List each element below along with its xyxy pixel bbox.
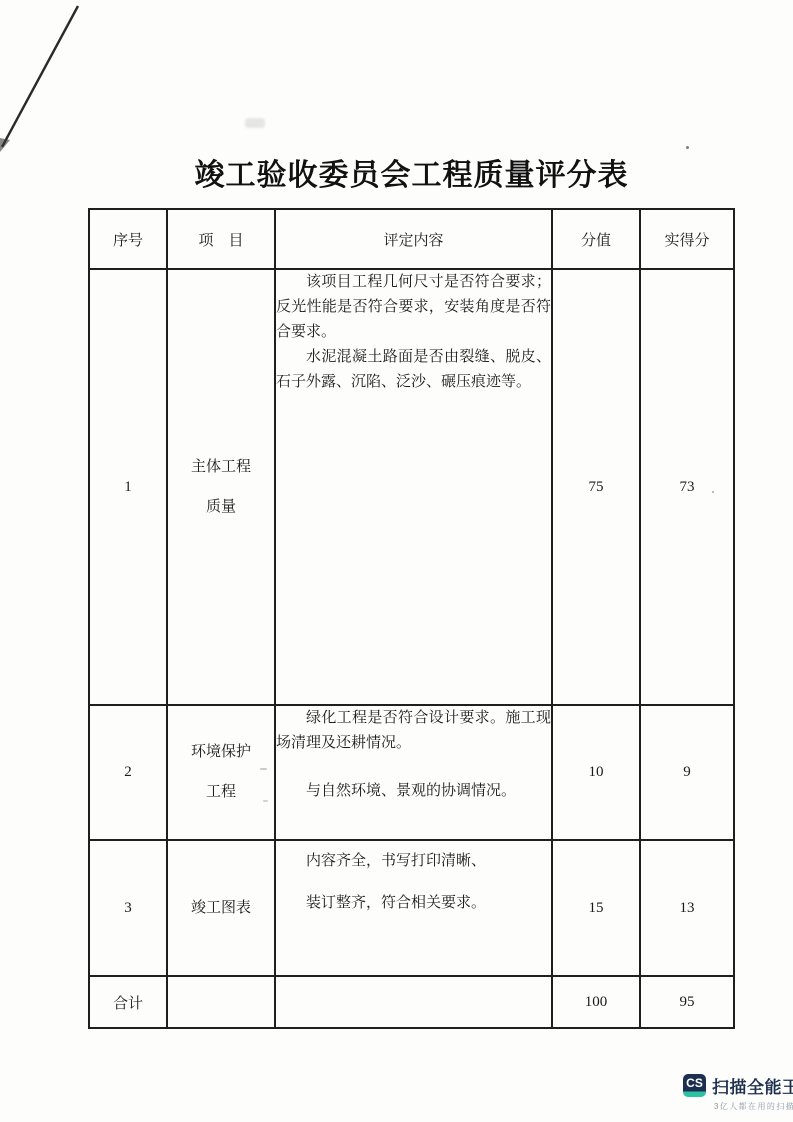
content-paragraph: 与自然环境、景观的协调情况。 — [276, 779, 551, 804]
item-line: 主体工程 — [168, 455, 274, 480]
header-score-value: 分值 — [552, 209, 640, 269]
scan-artifact — [245, 118, 265, 128]
camscanner-watermark: CS 扫描全能王TM 3亿人都在用的扫描App — [683, 1073, 793, 1112]
document-body: 竣工验收委员会工程质量评分表 序号 项 目 评定内容 分值 实得分 1 主体工程… — [88, 150, 735, 1029]
content-paragraph: 绿化工程是否符合设计要求。施工现场清理及还耕情况。 — [276, 706, 551, 756]
cell-evaluation-content: 内容齐全，书写打印清晰、 装订整齐，符合相关要求。 — [275, 840, 552, 976]
item-line: 竣工图表 — [168, 896, 274, 921]
item-line: 环境保护 — [168, 740, 274, 765]
table-row-total: 合计 100 95 — [89, 976, 734, 1028]
cell-actual-score: 13 — [640, 840, 734, 976]
content-paragraph: 内容齐全，书写打印清晰、 — [276, 849, 551, 874]
content-paragraph: 该项目工程几何尺寸是否符合要求；反光性能是否符合要求，安装角度是否符合要求。 — [276, 270, 551, 345]
cell-total-actual-score: 95 — [640, 976, 734, 1028]
cell-score-value: 75 — [552, 269, 640, 705]
cell-score-value: 15 — [552, 840, 640, 976]
header-evaluation-content: 评定内容 — [275, 209, 552, 269]
item-line: 质量 — [168, 495, 274, 520]
app-name-text: 扫描全能王 — [712, 1078, 793, 1097]
table-row-environment: 2 环境保护 工程 绿化工程是否符合设计要求。施工现场清理及还耕情况。 与自然环… — [89, 705, 734, 840]
content-paragraph: 装订整齐，符合相关要求。 — [276, 891, 551, 916]
camscanner-logo-icon: CS — [683, 1074, 706, 1097]
scan-artifact — [686, 146, 689, 149]
scanned-page: 竣工验收委员会工程质量评分表 序号 项 目 评定内容 分值 实得分 1 主体工程… — [0, 0, 793, 1122]
cell-evaluation-content: 该项目工程几何尺寸是否符合要求；反光性能是否符合要求，安装角度是否符合要求。 水… — [275, 269, 552, 705]
camscanner-tagline: 3亿人都在用的扫描App — [714, 1101, 793, 1112]
cell-empty — [275, 976, 552, 1028]
table-row-main-works: 1 主体工程 质量 该项目工程几何尺寸是否符合要求；反光性能是否符合要求，安装角… — [89, 269, 734, 705]
header-serial-number: 序号 — [89, 209, 167, 269]
cell-actual-score: 73 — [640, 269, 734, 705]
content-paragraph: 水泥混凝土路面是否由裂缝、脱皮、石子外露、沉陷、泛沙、碾压痕迹等。 — [276, 345, 551, 395]
quality-score-table: 序号 项 目 评定内容 分值 实得分 1 主体工程 质量 该项目工程几何尺寸是否… — [88, 208, 735, 1029]
item-line: 工程 — [168, 780, 274, 805]
page-fold-line — [0, 0, 110, 165]
cell-item-name: 竣工图表 — [167, 840, 275, 976]
cell-item-name: 主体工程 质量 — [167, 269, 275, 705]
cell-item-name: 环境保护 工程 — [167, 705, 275, 840]
cell-empty — [167, 976, 275, 1028]
cell-total-score-value: 100 — [552, 976, 640, 1028]
header-actual-score: 实得分 — [640, 209, 734, 269]
cell-actual-score: 9 — [640, 705, 734, 840]
cell-serial-number: 1 — [89, 269, 167, 705]
cell-serial-number: 3 — [89, 840, 167, 976]
cell-evaluation-content: 绿化工程是否符合设计要求。施工现场清理及还耕情况。 与自然环境、景观的协调情况。 — [275, 705, 552, 840]
camscanner-app-name: 扫描全能王TM — [712, 1073, 793, 1098]
header-item: 项 目 — [167, 209, 275, 269]
cell-score-value: 10 — [552, 705, 640, 840]
document-title: 竣工验收委员会工程质量评分表 — [88, 150, 735, 194]
cell-total-label: 合计 — [89, 976, 167, 1028]
table-row-completion-charts: 3 竣工图表 内容齐全，书写打印清晰、 装订整齐，符合相关要求。 15 13 — [89, 840, 734, 976]
cell-serial-number: 2 — [89, 705, 167, 840]
table-header-row: 序号 项 目 评定内容 分值 实得分 — [89, 209, 734, 269]
camscanner-logo-text: CS — [686, 1075, 703, 1092]
